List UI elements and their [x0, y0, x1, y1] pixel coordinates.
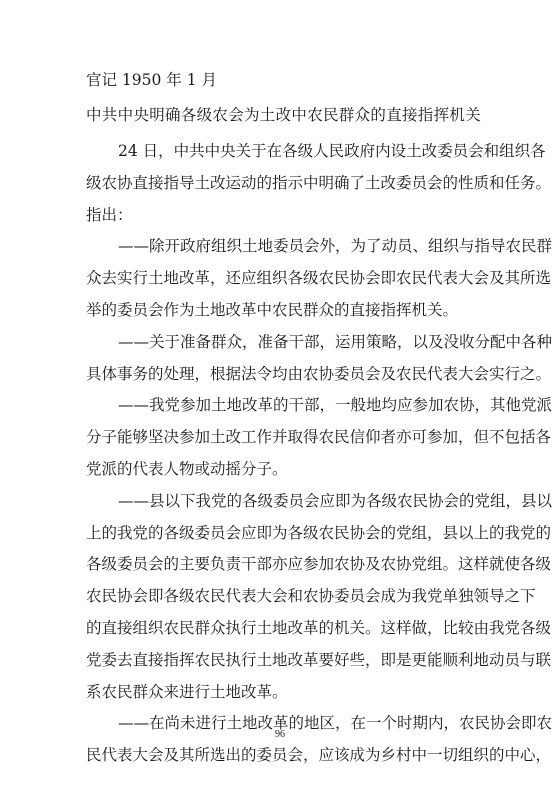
text-line: ——县以下我党的各级委员会应即为各级农民协会的党组，县以: [86, 486, 484, 518]
text-line: 上的我党的各级委员会应即为各级农民协会的党组，县以上的我党的: [86, 518, 484, 550]
document-page: 官记 1950 年 1 月 中共中央明确各级农会为土改中农民群众的直接指挥机关 …: [0, 0, 560, 791]
text-line: ——除开政府组织土地委员会外，为了动员、组织与指导农民群: [86, 231, 484, 263]
text-line: 民代表大会及其所选出的委员会，应该成为乡村中一切组织的中心，: [86, 740, 484, 772]
text-line: 众去实行土地改革，还应组织各级农民协会即农民代表大会及其所选: [86, 263, 484, 295]
text-line: 党派的代表人物或动摇分子。: [86, 454, 484, 486]
page-number: 96: [0, 729, 560, 740]
text-line: 系农民群众来进行土地改革。: [86, 677, 484, 709]
text-line: 党委去直接指挥农民执行土地改革要好些，即是更能顺利地动员与联: [86, 645, 484, 677]
text-line: 级农协直接指导土改运动的指示中明确了土改委员会的性质和任务。: [86, 168, 484, 200]
text-line: 具体事务的处理，根据法令均由农协委员会及农民代表大会实行之。: [86, 359, 484, 391]
text-line: 指出：: [86, 200, 484, 232]
text-line: 农民协会即各级农民代表大会和农协委员会成为我党单独领导之下: [86, 581, 484, 613]
text-line: 24 日，中共中央关于在各级人民政府内设土改委员会和组织各: [86, 136, 484, 168]
date-heading: 官记 1950 年 1 月: [86, 70, 217, 90]
text-line: 各级委员会的主要负责干部亦应参加农协及农协党组。这样就使各级: [86, 549, 484, 581]
section-title: 中共中央明确各级农会为土改中农民群众的直接指挥机关: [86, 105, 481, 125]
text-line: ——我党参加土地改革的干部，一般地均应参加农协，其他党派: [86, 390, 484, 422]
text-line: 分子能够坚决参加土改工作并取得农民信仰者亦可参加，但不包括各: [86, 422, 484, 454]
text-line: 的直接组织农民群众执行土地改革的机关。这样做，比较由我党各级: [86, 613, 484, 645]
text-line: ——关于准备群众，准备干部，运用策略，以及没收分配中各种: [86, 327, 484, 359]
body-text: 24 日，中共中央关于在各级人民政府内设土改委员会和组织各级农协直接指导土改运动…: [86, 136, 484, 772]
text-line: 举的委员会作为土地改革中农民群众的直接指挥机关。: [86, 295, 484, 327]
